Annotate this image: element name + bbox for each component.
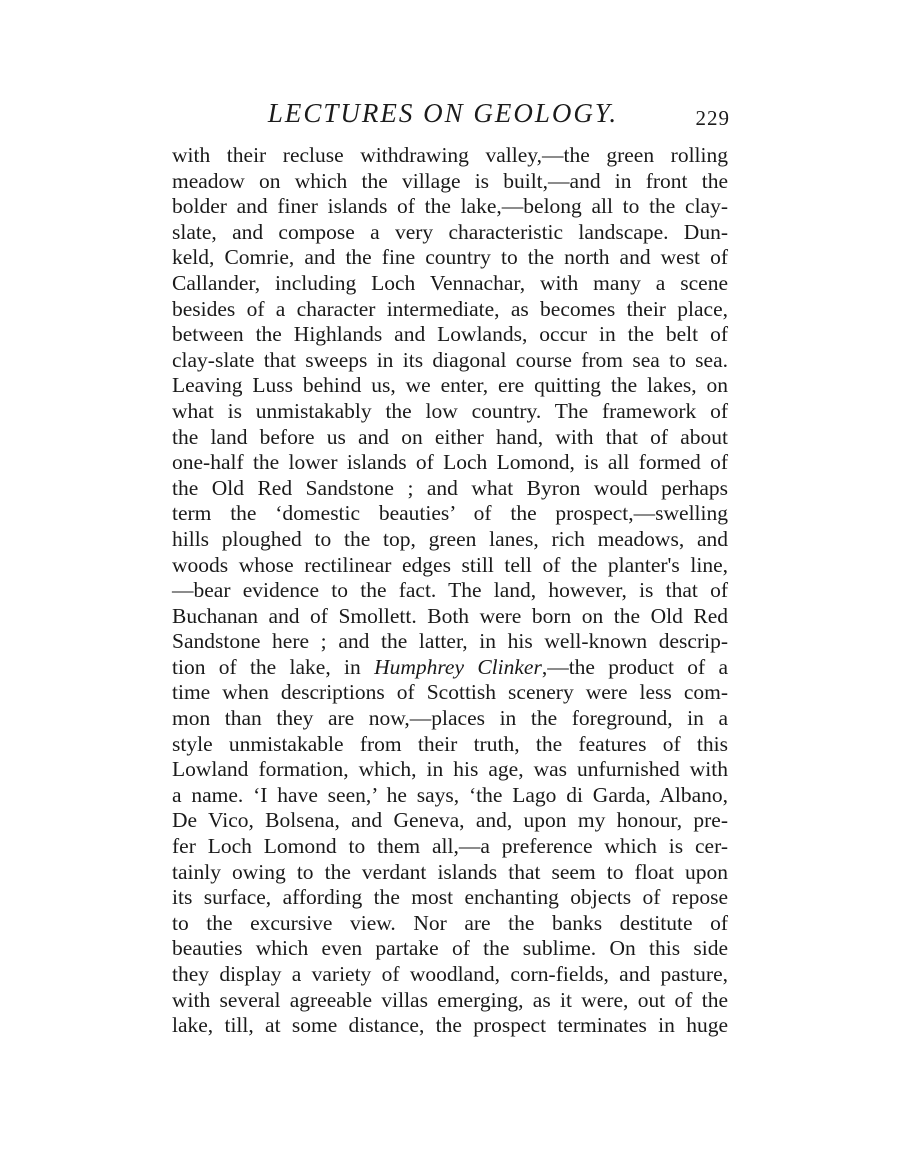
text-line: bolder and finer islands of the lake,—be… [172, 194, 728, 220]
text-line: Lowland formation, which, in his age, wa… [172, 757, 728, 783]
text-line: —bear evidence to the fact. The land, ho… [172, 578, 728, 604]
text-line: what is unmistakably the low country. Th… [172, 399, 728, 425]
text-line: besides of a character intermediate, as … [172, 297, 728, 323]
text-line: meadow on which the village is built,—an… [172, 169, 728, 195]
text-line: De Vico, Bolsena, and Geneva, and, upon … [172, 808, 728, 834]
text-line: beauties which even partake of the subli… [172, 936, 728, 962]
text-line: they display a variety of woodland, corn… [172, 962, 728, 988]
text-line: with their recluse withdrawing valley,—t… [172, 143, 728, 169]
text-line: its surface, affording the most enchanti… [172, 885, 728, 911]
text-line: slate, and compose a very characteristic… [172, 220, 728, 246]
text-line: fer Loch Lomond to them all,—a preferenc… [172, 834, 728, 860]
text-line: between the Highlands and Lowlands, occu… [172, 322, 728, 348]
text-line: Sandstone here ; and the latter, in his … [172, 629, 728, 655]
text-line: woods whose rectilinear edges still tell… [172, 553, 728, 579]
text-line: lake, till, at some distance, the prospe… [172, 1013, 728, 1039]
text-line: Buchanan and of Smollett. Both were born… [172, 604, 728, 630]
text-line: tainly owing to the verdant islands that… [172, 860, 728, 886]
text-line: keld, Comrie, and the fine country to th… [172, 245, 728, 271]
text-line-with-italic-title: tion of the lake, in Humphrey Clinker,—t… [172, 655, 728, 681]
text-line: to the excursive view. Nor are the banks… [172, 911, 728, 937]
text-line: Leaving Luss behind us, we enter, ere qu… [172, 373, 728, 399]
text-line: Callander, including Loch Vennachar, wit… [172, 271, 728, 297]
text-line: time when descriptions of Scottish scene… [172, 680, 728, 706]
text-line: with several agreeable villas emerging, … [172, 988, 728, 1014]
text-line: mon than they are now,—places in the for… [172, 706, 728, 732]
text-line: a name. ‘I have seen,’ he says, ‘the Lag… [172, 783, 728, 809]
text-line: style unmistakable from their truth, the… [172, 732, 728, 758]
page-number: 229 [696, 106, 731, 131]
text-segment: ,—the product of a [542, 655, 728, 679]
running-head: LECTURES ON GEOLOGY. 229 [172, 98, 728, 134]
text-segment: tion of the lake, in [172, 655, 374, 679]
text-line: one-half the lower islands of Loch Lomon… [172, 450, 728, 476]
text-line: hills ploughed to the top, green lanes, … [172, 527, 728, 553]
body-text: with their recluse withdrawing valley,—t… [172, 143, 728, 1039]
running-title-text: LECTURES ON GEOLOGY. [268, 98, 618, 129]
book-page: LECTURES ON GEOLOGY. 229 with their recl… [0, 0, 900, 1150]
text-line: the Old Red Sandstone ; and what Byron w… [172, 476, 728, 502]
book-title-italic: Humphrey Clinker [374, 655, 542, 679]
text-line: the land before us and on either hand, w… [172, 425, 728, 451]
text-line: term the ‘domestic beauties’ of the pros… [172, 501, 728, 527]
text-line: clay-slate that sweeps in its diagonal c… [172, 348, 728, 374]
running-title: LECTURES ON GEOLOGY. [172, 98, 728, 129]
